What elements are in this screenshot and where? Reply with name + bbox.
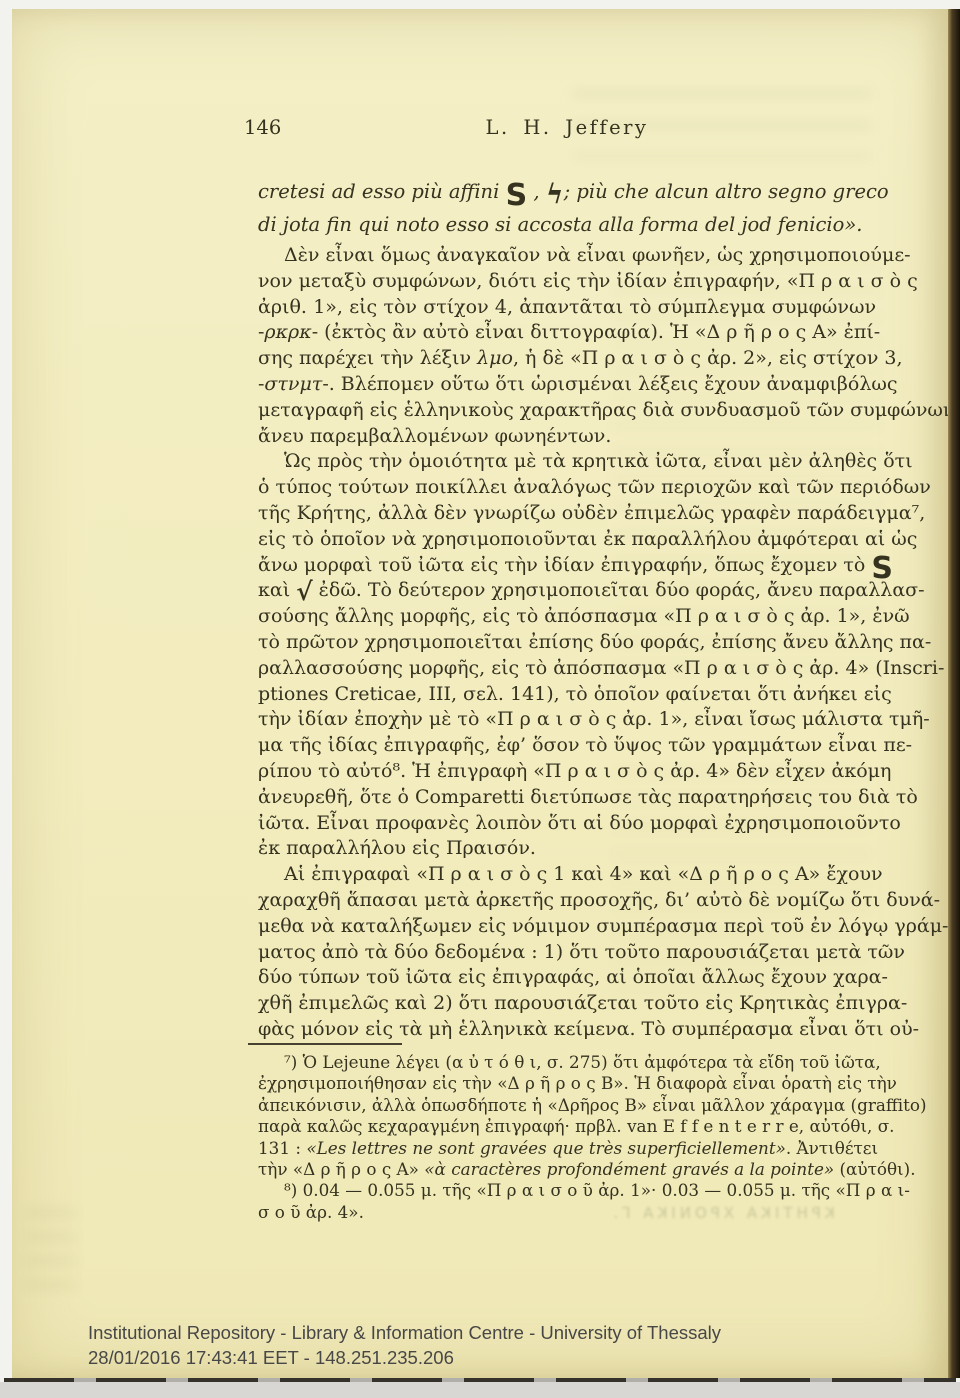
text-line: ἰῶτα. Εἶναι προφανὲς λοιπὸν ὅτι αἱ δύο μ… — [258, 811, 876, 837]
text-line: Δὲν εἶναι ὅμως ἀναγκαῖον νὰ εἶναι φωνῆεν… — [258, 243, 876, 269]
text-line: ἀπεικόνισιν, ἀλλὰ ὁπωσδήποτε ἡ «Δρῆρος Β… — [258, 1095, 878, 1116]
text-line: σούσης ἄλλης μορφῆς, εἰς τὸ ἀπόσπασμα «Π… — [258, 604, 876, 630]
text-line: ἐχρησιμοποιήθησαν εἰς τὴν «Δ ρ ῆ ρ ο ς Β… — [258, 1073, 878, 1094]
text-segment: παρὰ καλῶς κεχαραγμένη ἐπιγραφή· πρβλ. v… — [258, 1116, 895, 1136]
text-line: ⁸) 0.04 — 0.055 μ. τῆς «Π ρ α ι σ ο ῦ ἀρ… — [258, 1180, 878, 1201]
text-line: Αἱ ἐπιγραφαὶ «Π ρ α ι σ ὸ ς 1 καὶ 4» καὶ… — [258, 862, 876, 888]
footnote-separator — [248, 1043, 402, 1045]
text-line: ἄνω μορφαὶ τοῦ ἰῶτα εἰς τὴν ἰδίαν ἐπιγρα… — [258, 553, 876, 579]
text-line: ρίπου τὸ αὐτό⁸. Ἡ ἐπιγραφὴ «Π ρ α ι σ ὸ … — [258, 759, 876, 785]
scanned-document-page: { "colors": { "paper": "#f2ecbe", "ink":… — [0, 0, 960, 1398]
text-segment: μεθα νὰ καταλήξωμεν εἰς νόμιμον συμπέρασ… — [258, 915, 948, 937]
text-segment: στνμτ — [264, 373, 322, 395]
text-line: 131 : «Les lettres ne sont gravées que t… — [258, 1138, 878, 1159]
text-segment: «Les lettres ne sont gravées que très su… — [306, 1138, 786, 1158]
repository-stamp-line2: 28/01/2016 17:43:41 EET - 148.251.235.20… — [88, 1345, 808, 1370]
text-segment: ραλλασσούσης μορφῆς, εἰς τὸ ἀπόσπασμα «Π… — [258, 657, 944, 679]
archaic-letter-glyph: ϟ — [546, 179, 564, 210]
text-segment: ἀπεικόνισιν, ἀλλὰ ὁπωσδήποτε ἡ «Δρῆρος Β… — [258, 1095, 927, 1115]
text-segment: σης παρέχει τὴν λέξιν — [258, 347, 477, 369]
text-line: νον μεταξὺ συμφώνων, διότι εἰς τὴν ἰδίαν… — [258, 269, 876, 295]
text-line: φὰς μόνον εἰς τὰ μὴ ἑλληνικὰ κείμενα. Τὸ… — [258, 1017, 876, 1043]
main-text-block: Δὲν εἶναι ὅμως ἀναγκαῖον νὰ εἶναι φωνῆεν… — [258, 243, 876, 1043]
archaic-letter-glyph: √ — [296, 577, 312, 606]
book-spine-shadow — [948, 9, 960, 1378]
page-scan: 146 L. H. Jeffery cretesi ad esso più af… — [12, 9, 948, 1378]
text-segment: Δὲν εἶναι ὅμως ἀναγκαῖον νὰ εἶναι φωνῆεν… — [284, 244, 911, 266]
text-segment: ⁷) Ὁ Lejeune λέγει (α ὐ τ ό θ ι, σ. 275)… — [284, 1052, 881, 1072]
page-number: 146 — [244, 116, 281, 139]
text-line: καὶ √ ἐδῶ. Τὸ δεύτερον χρησιμοποιεῖται δ… — [258, 578, 876, 604]
text-line: ptiones Creticae, III, σελ. 141), τὸ ὁπο… — [258, 682, 876, 708]
text-segment: «ὰ caractères profondément gravés a la p… — [424, 1159, 834, 1179]
text-segment: ἐχρησιμοποιήθησαν εἰς τὴν «Δ ρ ῆ ρ ο ς Β… — [258, 1073, 897, 1093]
text-segment: φὰς μόνον εἰς τὰ μὴ ἑλληνικὰ κείμενα. Τὸ… — [258, 1018, 919, 1040]
text-line: ἐκ παραλλήλου εἰς Πραισόν. — [258, 836, 876, 862]
text-line: ὁ τύπος τούτων ποικίλλει ἀναλόγως τῶν πε… — [258, 475, 876, 501]
text-line: τὴν «Δ ρ ῆ ρ ο ς Α» «ὰ caractères profon… — [258, 1159, 878, 1180]
scan-bottom-margin — [0, 1382, 960, 1398]
text-segment: τὴν ἰδίαν ἐποχὴν μὲ τὸ «Π ρ α ι σ ὸ ς ἀρ… — [258, 708, 930, 730]
text-segment: di jota fin qui noto esso si accosta all… — [258, 213, 863, 236]
text-segment: -. Βλέπομεν οὕτω ὅτι ὡρισμέναι λέξεις ἔχ… — [322, 373, 897, 395]
text-line: ἀνευρεθῆ, ὅτε ὁ Comparetti διετύπωσε τὰς… — [258, 785, 876, 811]
repository-stamp: Institutional Repository - Library & Inf… — [88, 1320, 808, 1370]
text-segment: τὴν «Δ ρ ῆ ρ ο ς Α» — [258, 1159, 424, 1179]
text-segment: ρκρκ — [264, 321, 311, 343]
text-segment: , ἡ δὲ «Π ρ α ι σ ὸ ς ἀρ. 2», εἰς στίχον… — [513, 347, 903, 369]
text-segment: ἄνω μορφαὶ τοῦ ἰῶτα εἰς τὴν ἰδίαν ἐπιγρα… — [258, 554, 871, 576]
text-segment: . Ἀντιθέτει — [786, 1138, 878, 1158]
text-line: Ὡς πρὸς τὴν ὁμοιότητα μὲ τὰ κρητικὰ ἰῶτα… — [258, 449, 876, 475]
repository-stamp-line1: Institutional Repository - Library & Inf… — [88, 1320, 808, 1345]
text-segment: σ ο ῦ ἀρ. 4». — [258, 1202, 364, 1222]
text-segment: σούσης ἄλλης μορφῆς, εἰς τὸ ἀπόσπασμα «Π… — [258, 605, 910, 627]
text-segment: χθῆ ἐπιμελῶς καὶ 2) ὅτι παρουσιάζεται το… — [258, 992, 907, 1014]
text-segment: δύο τύπων τοῦ ἰῶτα εἰς ἐπιγραφάς, αἱ ὁπο… — [258, 966, 888, 988]
text-segment: ἀριθ. 1», εἰς τὸν στίχον 4, ἀπαντᾶται τὸ… — [258, 296, 876, 318]
text-segment: εἰς τὸ ὁποῖον νὰ χρησιμοποιοῦνται ἐκ παρ… — [258, 528, 917, 550]
text-segment: ἐκ παραλλήλου εἰς Πραισόν. — [258, 837, 536, 859]
text-segment: 131 : — [258, 1138, 306, 1158]
text-segment: ἐδῶ. Τὸ δεύτερον χρησιμοποιεῖται δύο φορ… — [313, 579, 925, 601]
italian-quotation-block: cretesi ad esso più affini S , ϟ; più ch… — [258, 175, 876, 241]
text-segment: ματος ἀπὸ τὰ δύο δεδομένα : 1) ὅτι τοῦτο… — [258, 941, 905, 963]
text-segment: λμο — [477, 347, 513, 369]
text-segment: ἰῶτα. Εἶναι προφανὲς λοιπὸν ὅτι αἱ δύο μ… — [258, 812, 901, 834]
text-segment: - (ἐκτὸς ἂν αὐτὸ εἶναι διττογραφία). Ἡ «… — [312, 321, 881, 343]
text-segment: Αἱ ἐπιγραφαὶ «Π ρ α ι σ ὸ ς 1 καὶ 4» καὶ… — [284, 863, 883, 885]
footnotes-block: ⁷) Ὁ Lejeune λέγει (α ὐ τ ό θ ι, σ. 275)… — [258, 1052, 878, 1223]
text-line: παρὰ καλῶς κεχαραγμένη ἐπιγραφή· πρβλ. v… — [258, 1116, 878, 1137]
text-line: ματος ἀπὸ τὰ δύο δεδομένα : 1) ὅτι τοῦτο… — [258, 940, 876, 966]
text-line: ἀριθ. 1», εἰς τὸν στίχον 4, ἀπαντᾶται τὸ… — [258, 295, 876, 321]
text-segment: τῆς Κρήτης, ἀλλὰ δὲν γνωρίζω οὐδὲν ἐπιμε… — [258, 502, 925, 524]
running-head-author: L. H. Jeffery — [342, 116, 792, 139]
text-line: cretesi ad esso più affini S , ϟ; più ch… — [258, 175, 876, 208]
text-segment: μα τῆς ἰδίας ἐπιγραφῆς, ἐφ’ ὅσον τὸ ὕψος… — [258, 734, 912, 756]
text-segment: ὁ τύπος τούτων ποικίλλει ἀναλόγως τῶν πε… — [258, 476, 931, 498]
text-segment: χαραχθῆ ἅπασαι μετὰ ἀρκετῆς προσοχῆς, δι… — [258, 889, 940, 911]
text-segment: ptiones Creticae, III, σελ. 141), τὸ ὁπο… — [258, 683, 892, 705]
text-line: μεθα νὰ καταλήξωμεν εἰς νόμιμον συμπέρασ… — [258, 914, 876, 940]
text-line: μα τῆς ἰδίας ἐπιγραφῆς, ἐφ’ ὅσον τὸ ὕψος… — [258, 733, 876, 759]
text-line: -ρκρκ- (ἐκτὸς ἂν αὐτὸ εἶναι διττογραφία)… — [258, 320, 876, 346]
text-segment: ρίπου τὸ αὐτό⁸. Ἡ ἐπιγραφὴ «Π ρ α ι σ ὸ … — [258, 760, 891, 782]
text-line: ⁷) Ὁ Lejeune λέγει (α ὐ τ ό θ ι, σ. 275)… — [258, 1052, 878, 1073]
text-line: τὸ πρῶτον χρησιμοποιεῖται ἐπίσης δύο φορ… — [258, 630, 876, 656]
text-line: τῆς Κρήτης, ἀλλὰ δὲν γνωρίζω οὐδὲν ἐπιμε… — [258, 501, 876, 527]
text-segment: μεταγραφῆ εἰς ἑλληνικοὺς χαρακτῆρας διὰ … — [258, 399, 954, 421]
text-segment: , — [527, 180, 546, 203]
text-segment: ⁸) 0.04 — 0.055 μ. τῆς «Π ρ α ι σ ο ῦ ἀρ… — [284, 1180, 910, 1200]
text-line: ἄνευ παρεμβαλλομένων φωνηέντων. — [258, 424, 876, 450]
text-line: χθῆ ἐπιμελῶς καὶ 2) ὅτι παρουσιάζεται το… — [258, 991, 876, 1017]
text-segment: καὶ — [258, 579, 296, 601]
text-segment: ἀνευρεθῆ, ὅτε ὁ Comparetti διετύπωσε τὰς… — [258, 786, 918, 808]
text-line: ραλλασσούσης μορφῆς, εἰς τὸ ἀπόσπασμα «Π… — [258, 656, 876, 682]
text-line: δύο τύπων τοῦ ἰῶτα εἰς ἐπιγραφάς, αἱ ὁπο… — [258, 965, 876, 991]
text-line: χαραχθῆ ἅπασαι μετὰ ἀρκετῆς προσοχῆς, δι… — [258, 888, 876, 914]
text-line: εἰς τὸ ὁποῖον νὰ χρησιμοποιοῦνται ἐκ παρ… — [258, 527, 876, 553]
text-segment: νον μεταξὺ συμφώνων, διότι εἰς τὴν ἰδίαν… — [258, 270, 918, 292]
text-segment: cretesi ad esso più affini — [258, 180, 506, 203]
text-segment: τὸ πρῶτον χρησιμοποιεῖται ἐπίσης δύο φορ… — [258, 631, 931, 653]
bleed-through-journal-stamp: ΚΡΗΤΙΚΑ ΧΡΟΝΙΚΑ Γ. — [572, 1204, 872, 1222]
bleed-through-smudge — [26, 1209, 76, 1289]
text-line: -στνμτ-. Βλέπομεν οὕτω ὅτι ὡρισμέναι λέξ… — [258, 372, 876, 398]
text-segment: ἄνευ παρεμβαλλομένων φωνηέντων. — [258, 425, 611, 447]
text-segment: ; più che alcun altro segno greco — [564, 180, 889, 203]
text-segment: Ὡς πρὸς τὴν ὁμοιότητα μὲ τὰ κρητικὰ ἰῶτα… — [284, 450, 913, 472]
text-line: di jota fin qui noto esso si accosta all… — [258, 208, 876, 241]
text-line: μεταγραφῆ εἰς ἑλληνικοὺς χαρακτῆρας διὰ … — [258, 398, 876, 424]
text-segment: (αὐτόθι). — [834, 1159, 915, 1179]
text-line: τὴν ἰδίαν ἐποχὴν μὲ τὸ «Π ρ α ι σ ὸ ς ἀρ… — [258, 707, 876, 733]
text-line: σης παρέχει τὴν λέξιν λμο, ἡ δὲ «Π ρ α ι… — [258, 346, 876, 372]
